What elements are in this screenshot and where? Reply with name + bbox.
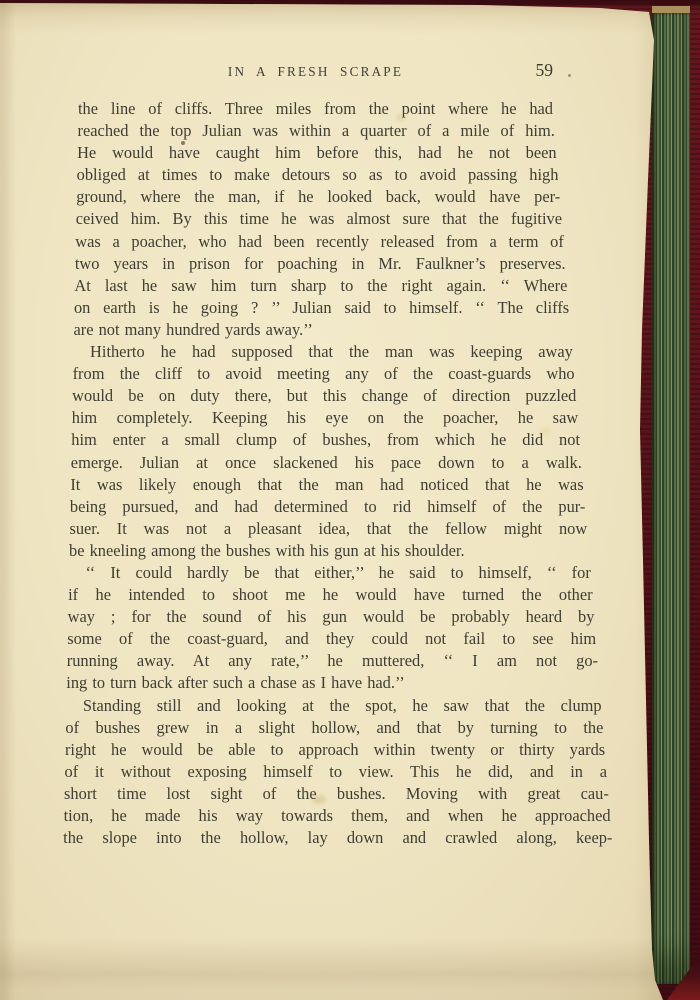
text-line: if he intended to shoot me he would have… [68,584,593,606]
text-line: being pursued, and had determined to rid… [70,496,586,518]
page-number: 59 [536,60,554,81]
text-line: of bushes grew in a slight hollow, and t… [65,717,603,739]
text-line: two years in prison for poaching in Mr. … [75,253,566,275]
running-title: IN A FRESH SCRAPE [78,62,553,82]
text-line: of it without exposing himself to view. … [65,761,608,783]
text-line: ceived him. By this time he was almost s… [76,208,562,230]
text-line: are not many hundred yards away.’’ [74,319,572,341]
text-line: running away. At any rate,’’ he muttered… [67,650,598,672]
book-scan: IN A FRESH SCRAPE 59 the line of cliffs.… [0,0,700,1000]
text-line: way ; for the sound of his gun would be … [68,606,595,628]
text-line: him completely. Keeping his eye on the p… [72,407,579,429]
text-line: the slope into the hollow, lay down and … [63,827,612,849]
text-line: ground, where the man, if he looked back… [76,186,560,208]
text-line: ing to turn back after such a chase as I… [66,672,600,694]
fore-edge-top-cap [652,6,690,13]
text-line: him enter a small clump of bushes, from … [71,429,580,451]
text-line: some of the coast-guard, and they could … [67,628,596,650]
text-line: would be on duty there, but this change … [72,385,576,407]
text-line: Hitherto he had supposed that the man wa… [90,341,573,363]
text-line: from the cliff to avoid meeting any of t… [73,363,575,385]
text-block: the line of cliffs. Three miles from the… [0,98,700,849]
text-line: short time lost sight of the bushes. Mov… [64,783,609,805]
text-line: on earth is he going ? ’’ Julian said to… [74,297,569,319]
text-line: Standing still and looking at the spot, … [83,695,602,717]
text-line: He would have caught him before this, ha… [77,142,557,164]
text-line: reached the top Julian was within a quar… [78,120,555,142]
text-line: right he would be able to approach withi… [65,739,605,761]
fore-edge [652,6,690,984]
page-number-dot [568,74,571,77]
text-line: obliged at times to make detours so as t… [77,164,559,186]
text-line: tion, he made his way towards them, and … [64,805,611,827]
text-line: was a poacher, who had been recently rel… [75,231,564,253]
page-paper: IN A FRESH SCRAPE 59 the line of cliffs.… [0,0,680,1000]
text-line: the line of cliffs. Three miles from the… [78,98,553,120]
text-line: be kneeling among the bushes with his gu… [69,540,589,562]
text-line: ‘‘ It could hardly be that either,’’ he … [86,562,591,584]
page-header: IN A FRESH SCRAPE 59 [78,62,553,84]
text-line: At last he saw him turn sharp to the rig… [74,275,567,297]
text-line: It was likely enough that the man had no… [70,474,583,496]
text-line: suer. It was not a pleasant idea, that t… [69,518,587,540]
text-line: emerge. Julian at once slackened his pac… [71,452,582,474]
